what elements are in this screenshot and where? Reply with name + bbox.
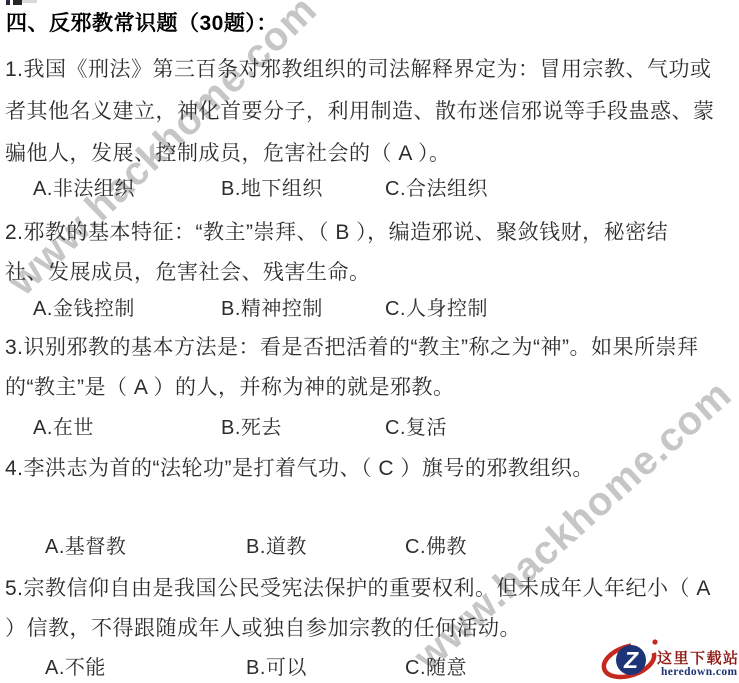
option-item: A.非法组织	[33, 172, 135, 201]
option-item: A.金钱控制	[33, 292, 135, 321]
option-item: C.复活	[385, 411, 447, 440]
options-row: A.在世 B.死去 C.复活	[0, 411, 739, 437]
option-item: B.可以	[246, 651, 307, 680]
question-line: 社、发展成员，危害社会、残害生命。	[5, 256, 371, 286]
question-line: 者其他名义建立，神化首要分子，利用制造、散布迷信邪说等手段蛊惑、蒙	[5, 95, 715, 125]
option-item: A.不能	[45, 651, 106, 680]
options-row: A.金钱控制 B.精神控制 C.人身控制	[0, 292, 739, 318]
site-logo: Z 这里下载站 heredown.com	[601, 628, 739, 683]
options-row: A.非法组织 B.地下组织 C.合法组织	[0, 172, 739, 198]
question-line: ）信教，不得跟随成年人或独自参加宗教的任何活动。	[5, 612, 521, 642]
question-line: 1.我国《刑法》第三百条对邪教组织的司法解释界定为：冒用宗教、气功或	[5, 53, 712, 83]
document-page: www.hackhome.com www.hackhome.com 四、反邪教常…	[0, 0, 739, 683]
option-item: C.人身控制	[385, 292, 488, 321]
option-item: C.随意	[405, 651, 467, 680]
question-line: 2.邪教的基本特征：“教主”崇拜、（ B ），编造邪说、聚敛钱财，秘密结	[5, 216, 668, 246]
option-item: B.道教	[246, 530, 307, 559]
logo-z-icon: Z	[601, 628, 663, 683]
question-line: 3.识别邪教的基本方法是：看是否把活着的“教主”称之为“神”。如果所崇拜	[5, 331, 698, 361]
question-line: 4.李洪志为首的“法轮功”是打着气功、（ C ）旗号的邪教组织。	[5, 452, 594, 482]
option-item: B.死去	[221, 411, 282, 440]
svg-text:Z: Z	[623, 647, 639, 673]
option-item: B.精神控制	[221, 292, 323, 321]
option-item: B.地下组织	[221, 172, 323, 201]
question-line: 的“教主”是（ A ）的人，并称为神的就是邪教。	[5, 371, 455, 401]
option-item: A.在世	[33, 411, 94, 440]
site-url: heredown.com	[661, 666, 737, 678]
top-edge-artifact	[6, 0, 10, 5]
option-item: C.合法组织	[385, 172, 488, 201]
top-edge-artifact	[13, 0, 22, 5]
question-line: 骗他人，发展、控制成员，危害社会的（ A ）。	[5, 137, 451, 167]
section-title: 四、反邪教常识题（30题）：	[6, 7, 278, 37]
options-row: A.基督教 B.道教 C.佛教	[0, 530, 739, 556]
site-name: 这里下载站	[657, 647, 739, 668]
question-line: 5.宗教信仰自由是我国公民受宪法保护的重要权利。但未成年人年纪小（ A	[5, 572, 711, 602]
option-item: C.佛教	[405, 530, 467, 559]
option-item: A.基督教	[45, 530, 126, 559]
